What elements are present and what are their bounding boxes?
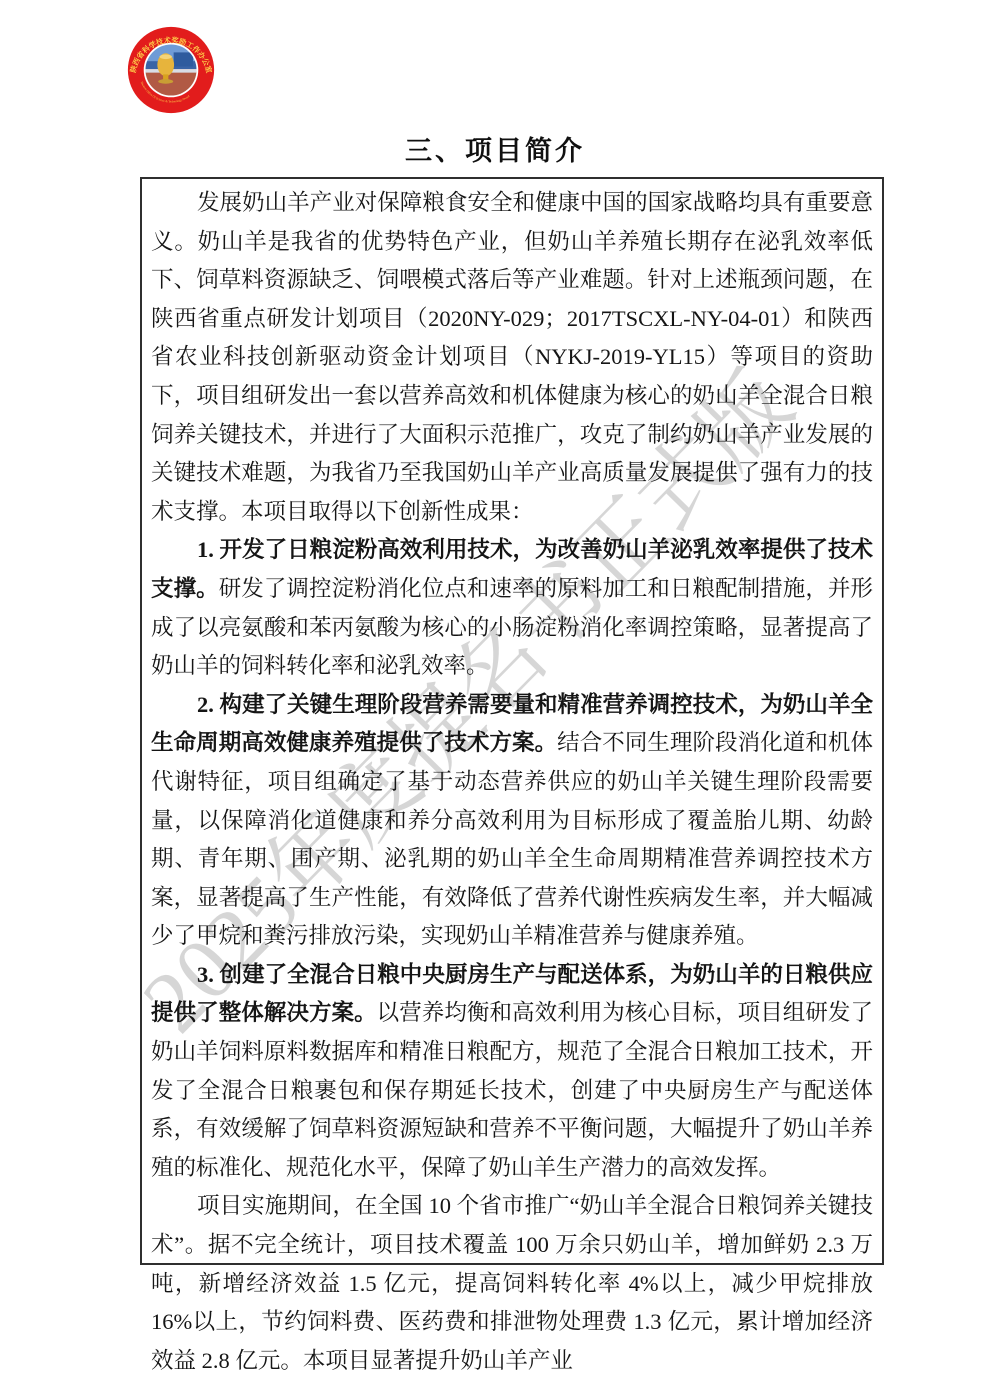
paragraph-intro: 发展奶山羊产业对保障粮食安全和健康中国的国家战略均具有重要意义。奶山羊是我省的优… — [151, 184, 873, 531]
paragraph-body-text: 以营养均衡和高效利用为核心目标，项目组研发了奶山羊饲料原料数据库和精准日粮配方，… — [151, 1000, 873, 1179]
paragraph-achievement-2: 2. 构建了关键生理阶段营养需要量和精准营养调控技术，为奶山羊全生命周期高效健康… — [151, 686, 873, 956]
paragraph-body-text: 研发了调控淀粉消化位点和速率的原料加工和日粮配制措施，并形成了以亮氨酸和苯丙氨酸… — [151, 576, 873, 678]
document-page: 陕西省科学技术奖励工作办公室 Shaanxi Office Of Science… — [0, 0, 990, 1399]
seal-graphic: 陕西省科学技术奖励工作办公室 Shaanxi Office Of Science… — [127, 26, 215, 114]
paragraph-achievement-1: 1. 开发了日粮淀粉高效利用技术，为改善奶山羊泌乳效率提供了技术支撑。研发了调控… — [151, 531, 873, 685]
page-title: 三、项目简介 — [0, 129, 990, 168]
paragraph-achievement-3: 3. 创建了全混合日粮中央厨房生产与配送体系，为奶山羊的日粮供应提供了整体解决方… — [151, 956, 873, 1188]
paragraph-body-text: 项目实施期间，在全国 10 个省市推广“奶山羊全混合日粮饲养关键技术”。据不完全… — [151, 1193, 873, 1372]
paragraph-body-text: 发展奶山羊产业对保障粮食安全和健康中国的国家战略均具有重要意义。奶山羊是我省的优… — [151, 190, 873, 524]
project-summary-box: 发展奶山羊产业对保障粮食安全和健康中国的国家战略均具有重要意义。奶山羊是我省的优… — [140, 177, 884, 1265]
paragraph-impact: 项目实施期间，在全国 10 个省市推广“奶山羊全混合日粮饲养关键技术”。据不完全… — [151, 1187, 873, 1380]
paragraph-body-text: 结合不同生理阶段消化道和机体代谢特征，项目组确定了基于动态营养供应的奶山羊关键生… — [151, 730, 873, 948]
award-office-seal: 陕西省科学技术奖励工作办公室 Shaanxi Office Of Science… — [127, 26, 215, 114]
